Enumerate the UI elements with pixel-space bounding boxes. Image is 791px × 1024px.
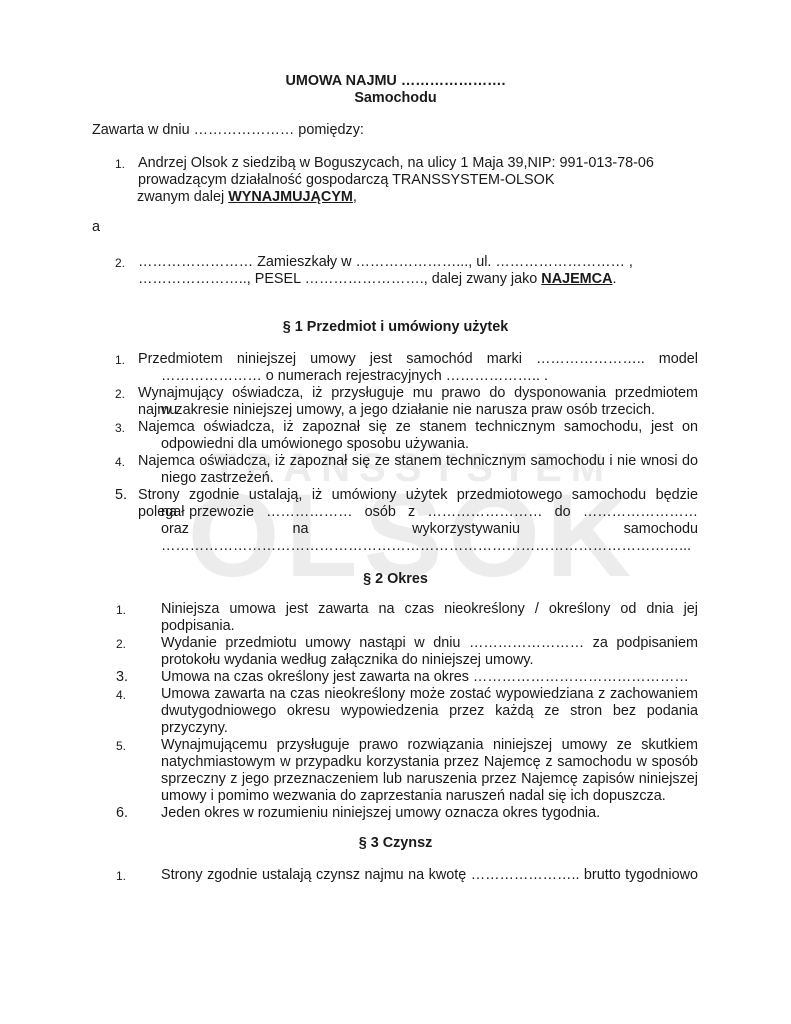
s2-item-5-line-1: Wynajmującemu przysługuje prawo rozwiąza…	[161, 737, 698, 754]
s2-item-1-number: 1.	[116, 602, 126, 619]
s2-item-6-line-1: Jeden okres w rozumieniu niniejszej umow…	[161, 805, 600, 822]
section-3-heading: § 3 Czynsz	[0, 835, 791, 852]
party-2-line-2: ………………….., PESEL ……………………., dalej zwany …	[138, 271, 616, 288]
s2-item-5-line-4: umowy i pomimo wezwania do zaprzestania …	[161, 788, 666, 805]
s2-item-2-line-2: protokołu wydania według załącznika do n…	[161, 652, 534, 669]
s2-item-3-line-1: Umowa na czas określony jest zawarta na …	[161, 669, 689, 686]
party-1-line-2: prowadzącym działalność gospodarczą TRAN…	[138, 172, 554, 189]
s2-item-1-line-2: podpisania.	[161, 618, 235, 635]
s2-item-5-line-2: natychmiastowym w przypadku korzystania …	[161, 754, 698, 771]
s2-item-4-line-1: Umowa zawarta na czas nieokreślony może …	[161, 686, 698, 703]
s2-item-5-line-3: sprzeczny z jego przeznaczeniem lub naru…	[161, 771, 698, 788]
party-2-prefix: ………………….., PESEL ……………………., dalej zwany …	[138, 271, 541, 287]
s2-item-1-line-1: Niniejsza umowa jest zawarta na czas nie…	[161, 601, 698, 618]
party-1-suffix: ,	[353, 189, 357, 205]
lessor-label: WYNAJMUJĄCYM	[228, 189, 353, 205]
s1-item-4-line-1: Najemca oświadcza, iż zapoznał się ze st…	[138, 453, 698, 470]
party-1-number: 1.	[115, 156, 125, 173]
s1-item-1-line-2: ………………… o numerach rejestracyjnych ………………	[161, 368, 548, 385]
s1-item-4-number: 4.	[115, 454, 125, 471]
s1-item-3-line-1: Najemca oświadcza, iż zapoznał się ze st…	[138, 419, 698, 436]
party-2-line-1: …………………… Zamieszkały w …………………..., ul. ……	[138, 254, 633, 271]
party-1-line-3: zwanym dalej WYNAJMUJĄCYM,	[137, 189, 357, 206]
s2-item-2-number: 2.	[116, 636, 126, 653]
lessee-label: NAJEMCA	[541, 271, 612, 287]
document-subtitle: Samochodu	[0, 90, 791, 107]
section-2-heading: § 2 Okres	[0, 571, 791, 588]
party-1-line-1: Andrzej Olsok z siedzibą w Boguszycach, …	[138, 155, 654, 172]
s2-item-2-line-1: Wydanie przedmiotu umowy nastąpi w dniu …	[161, 635, 698, 652]
document-page: TRANSSYSTEM OLSOK UMOWA NAJMU …………………. S…	[0, 0, 791, 1024]
party-2-suffix: .	[612, 271, 616, 287]
s1-item-5-number: 5.	[115, 487, 127, 504]
s2-item-3-number: 3.	[116, 669, 128, 686]
s2-item-4-line-3: przyczyny.	[161, 720, 228, 737]
s1-item-5-line-4: ………………………………………………………………………………………………...	[161, 538, 698, 555]
s1-item-4-line-2: niego zastrzeżeń.	[161, 470, 274, 487]
s3-item-1-line-1: Strony zgodnie ustalają czynsz najmu na …	[161, 867, 698, 884]
s1-item-5-line-2: na przewozie ……………… osób z …………………… do ……	[161, 504, 698, 521]
document-title: UMOWA NAJMU ………………….	[0, 73, 791, 90]
conjunction: a	[92, 219, 100, 236]
party-2-number: 2.	[115, 255, 125, 272]
s1-item-1-line-1: Przedmiotem niniejszej umowy jest samoch…	[138, 351, 698, 368]
s1-item-2-number: 2.	[115, 386, 125, 403]
s2-item-4-number: 4.	[116, 687, 126, 704]
s1-item-5-line-3: oraz na wykorzystywaniu samochodu	[161, 521, 698, 538]
party-1-prefix: zwanym dalej	[137, 189, 228, 205]
s1-item-2-line-2: w zakresie niniejszej umowy, a jego dzia…	[161, 402, 655, 419]
s2-item-5-number: 5.	[116, 738, 126, 755]
s1-item-3-number: 3.	[115, 420, 125, 437]
s1-item-1-number: 1.	[115, 352, 125, 369]
s3-item-1-number: 1.	[116, 868, 126, 885]
s2-item-4-line-2: dwutygodniowego okresu wypowiedzenia prz…	[161, 703, 698, 720]
s1-item-3-line-2: odpowiedni dla umówionego sposobu używan…	[161, 436, 469, 453]
s2-item-6-number: 6.	[116, 805, 128, 822]
section-1-heading: § 1 Przedmiot i umówiony użytek	[0, 319, 791, 336]
intro-text: Zawarta w dniu ………………… pomiędzy:	[92, 122, 364, 139]
